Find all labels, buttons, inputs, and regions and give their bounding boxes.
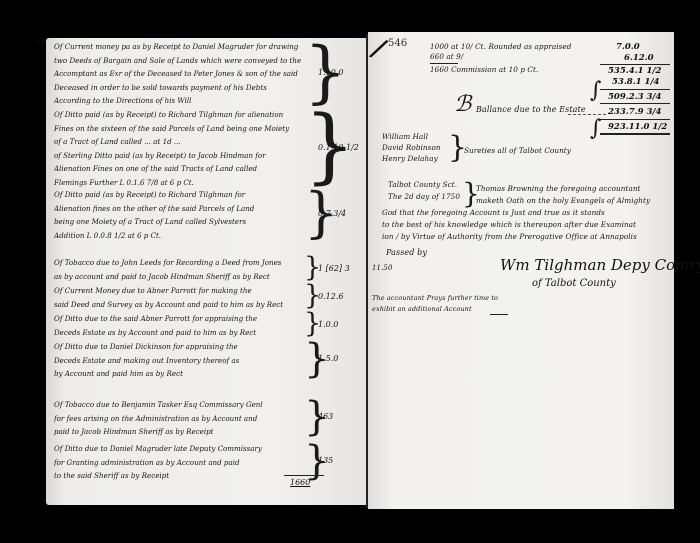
- total-rule: [284, 475, 324, 476]
- entry-line: Deceased in order to be sold towards pay…: [54, 81, 304, 95]
- figure-rule-4: [600, 119, 670, 120]
- tobacco-total: 1660: [290, 478, 310, 487]
- balance-label: Ballance due to the Estate: [476, 105, 586, 114]
- entry-amount: 463: [318, 412, 333, 421]
- sureties-label: Sureties all of Talbot County: [464, 146, 571, 155]
- figure-3: 535.4.1 1/2: [608, 66, 661, 76]
- entry-line: According to the Directions of his Will: [54, 94, 304, 108]
- entry-line: Fines on the sixteen of the said Parcels…: [54, 122, 304, 136]
- footnote-rule: [490, 314, 508, 315]
- passed-by: Passed by: [386, 248, 427, 257]
- entry-line: Alienation fines on the other of the sai…: [54, 202, 304, 216]
- entry-line: Of Tobacco due to John Leeds for Recordi…: [54, 256, 304, 270]
- ledger-entry: Of Ditto due to Daniel Dickinson for app…: [54, 340, 304, 381]
- entry-line: Deceds Estate and making out Inventory t…: [54, 354, 304, 368]
- entry-line: for fees arising on the Administration a…: [54, 412, 304, 426]
- ledger-entry: Of Ditto paid (as by Receipt) to Richard…: [54, 108, 304, 189]
- ledger-entry: Of Current Money due to Abner Parrott fo…: [54, 284, 304, 311]
- balance-amount: 233.7.9 3/4: [608, 107, 661, 117]
- entry-line: Of Ditto due to the said Abner Parrott f…: [54, 312, 304, 326]
- final-total: 923.11.0 1/2: [608, 122, 667, 132]
- entry-line: of Sterling Ditto paid (as by Receipt) t…: [54, 149, 304, 163]
- surety-3: Henry Delahay: [382, 154, 438, 163]
- entry-line: Of Ditto paid (as by Receipt) to Richard…: [54, 108, 304, 122]
- oath-line-1: Thomas Browning the foregoing accountant: [476, 184, 641, 193]
- header-rule: [430, 63, 458, 64]
- footnote-line-2: exhibit an additional Account: [372, 305, 472, 313]
- entry-line: Alienation Fines on one of the said Trac…: [54, 162, 304, 176]
- oath-line-4: to the best of his knowledge which is th…: [382, 220, 636, 229]
- balance-capital: ℬ: [454, 92, 471, 117]
- entry-line: Accomptant as Exr of the Deceased to Pet…: [54, 67, 304, 81]
- oath-place: Talbot County Sct.: [388, 180, 457, 189]
- entry-line: to the said Sheriff as by Receipt: [54, 469, 304, 483]
- entry-line: Of Ditto due to Daniel Magruder late Dep…: [54, 442, 304, 456]
- figure-rule-3: [600, 103, 670, 104]
- entry-line: Of Ditto paid (as by Receipt) to Richard…: [54, 188, 304, 202]
- entry-line: of a Tract of Land called ... at 1d ...: [54, 135, 304, 149]
- entry-line: Flemings Further L 0.1.6 7/8 at 6 p Ct.: [54, 176, 304, 190]
- entry-line: Deceds Estate as by Account and paid to …: [54, 326, 304, 340]
- ledger-entry: Of Ditto due to Daniel Magruder late Dep…: [54, 442, 304, 483]
- entry-amount: 0.1.10.1/2: [318, 143, 359, 152]
- folio-mark: 53: [36, 38, 45, 46]
- oath-date: The 2d day of 1750: [388, 192, 460, 201]
- figure-rule-1: [600, 64, 670, 65]
- folio-number: 546: [388, 38, 407, 49]
- entry-amount: 1.0.0: [318, 320, 338, 329]
- oath-line-5: ion / by Virtue of Authority from the Pr…: [382, 232, 637, 241]
- entry-line: for Granting administration as by Accoun…: [54, 456, 304, 470]
- folio-stroke: /: [369, 33, 388, 64]
- entry-line: Of Tobacco due to Benjamin Tasker Esq Co…: [54, 398, 304, 412]
- entry-line: Of Current Money due to Abner Parrott fo…: [54, 284, 304, 298]
- footnote-line-1: The accountant Prays further time to: [372, 294, 498, 302]
- surety-1: William Hall: [382, 132, 428, 141]
- balance-leader: [568, 114, 606, 115]
- flourish-1: ∫: [590, 78, 601, 103]
- ledger-entry: Of Current money pa as by Receipt to Dan…: [54, 40, 304, 108]
- ledger-entry: Of Ditto paid (as by Receipt) to Richard…: [54, 188, 304, 242]
- figure-2: 6.12.0: [624, 53, 654, 63]
- entry-line: Of Current money pa as by Receipt to Dan…: [54, 40, 304, 54]
- entry-amount: 135: [318, 456, 333, 465]
- final-rule: [600, 133, 670, 135]
- figure-rule-2: [600, 89, 670, 90]
- entry-line: being one Moiety of a Tract of Land call…: [54, 215, 304, 229]
- figure-1: 7.0.0: [616, 42, 640, 52]
- entry-amount: 1.5.0: [318, 354, 338, 363]
- entry-line: said Deed and Survey as by Account and p…: [54, 298, 304, 312]
- oath-line-3: God that the foregoing Account is Just a…: [382, 208, 605, 217]
- surety-2: David Robinson: [382, 143, 441, 152]
- signature-county: of Talbot County: [532, 278, 616, 289]
- left-page: 53 Of Current money pa as by Receipt to …: [46, 38, 368, 505]
- oath-mark: 11.50: [372, 264, 393, 272]
- signature-name: Wm Tilghman Depy Comry: [500, 256, 700, 274]
- figure-5: 509.2.3 3/4: [608, 92, 661, 102]
- entry-line: Addition L 0.0.8 1/2 at 6 p Ct.: [54, 229, 304, 243]
- ledger-entry: Of Ditto due to the said Abner Parrott f…: [54, 312, 304, 339]
- header-line-1: 1000 at 10/ Ct. Rounded as appraised: [430, 42, 572, 51]
- flourish-2: ∫: [590, 116, 601, 141]
- entry-amount: 0.7.3/4: [318, 209, 346, 218]
- header-line-3: 1660 Commission at 10 p Ct.: [430, 65, 538, 74]
- entry-amount: 1 [62] 3: [318, 264, 350, 273]
- ledger-entry: Of Tobacco due to John Leeds for Recordi…: [54, 256, 304, 283]
- entry-line: Of Ditto due to Daniel Dickinson for app…: [54, 340, 304, 354]
- entry-line: paid to Jacob Hindman Sheriff as by Rece…: [54, 425, 304, 439]
- oath-brace: }: [462, 177, 480, 210]
- entry-amount: 0.12.6: [318, 292, 343, 301]
- header-line-2: 660 at 9/: [430, 52, 463, 61]
- entry-line: by Account and paid him as by Rect: [54, 367, 304, 381]
- right-page: / 546 1000 at 10/ Ct. Rounded as apprais…: [368, 32, 674, 509]
- ledger-entry: Of Tobacco due to Benjamin Tasker Esq Co…: [54, 398, 304, 439]
- entry-line: two Deeds of Bargain and Sale of Lands w…: [54, 54, 304, 68]
- entry-amount: 1.10.0: [318, 68, 343, 77]
- entry-line: as by account and paid to Jacob Hindman …: [54, 270, 304, 284]
- figure-4: 53.8.1 1/4: [612, 77, 659, 87]
- oath-line-2: maketh Oath on the holy Evangels of Almi…: [476, 196, 650, 205]
